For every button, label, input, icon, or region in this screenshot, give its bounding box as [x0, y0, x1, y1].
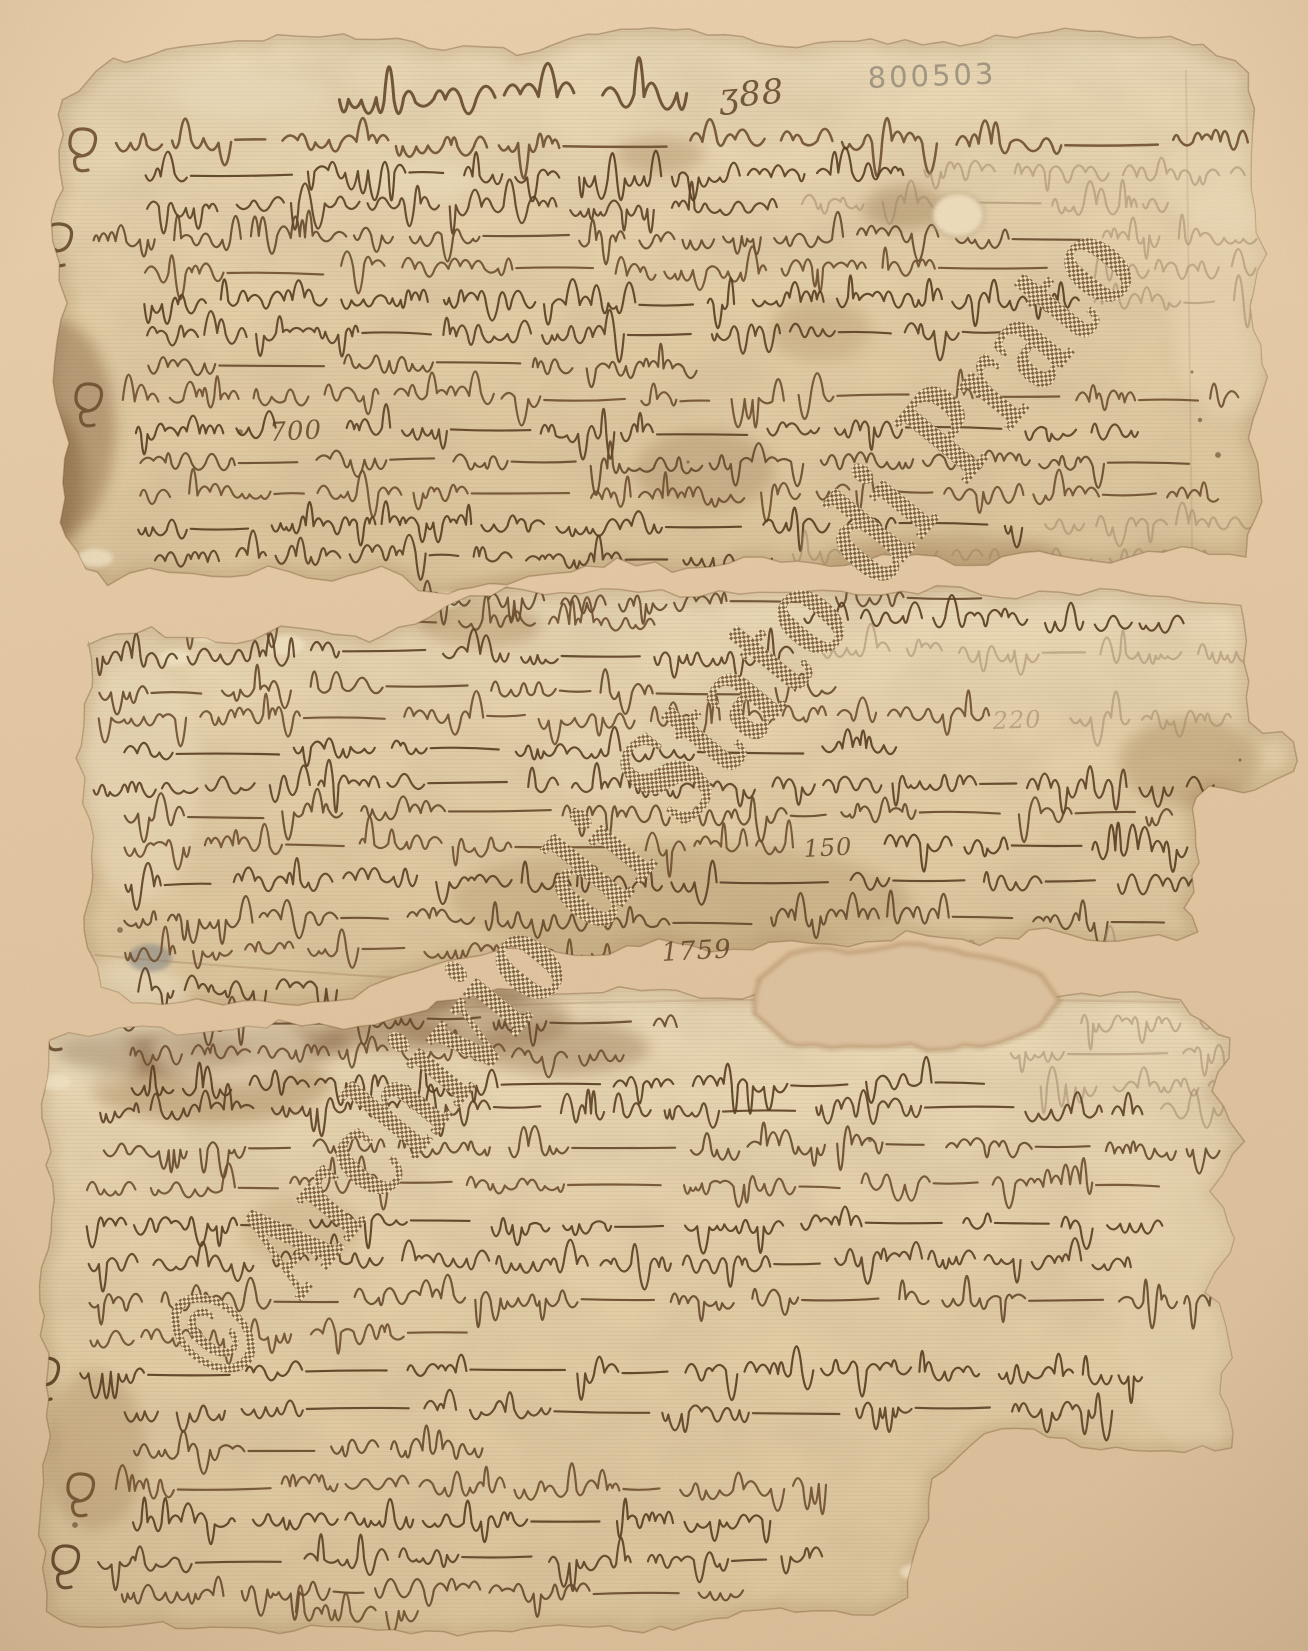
manuscript-scan: ʒ888005037002201501759© Archivio di Stat…	[0, 0, 1308, 1651]
vignette	[0, 0, 1308, 1651]
manuscript-photo: ʒ888005037002201501759© Archivio di Stat…	[0, 0, 1308, 1651]
